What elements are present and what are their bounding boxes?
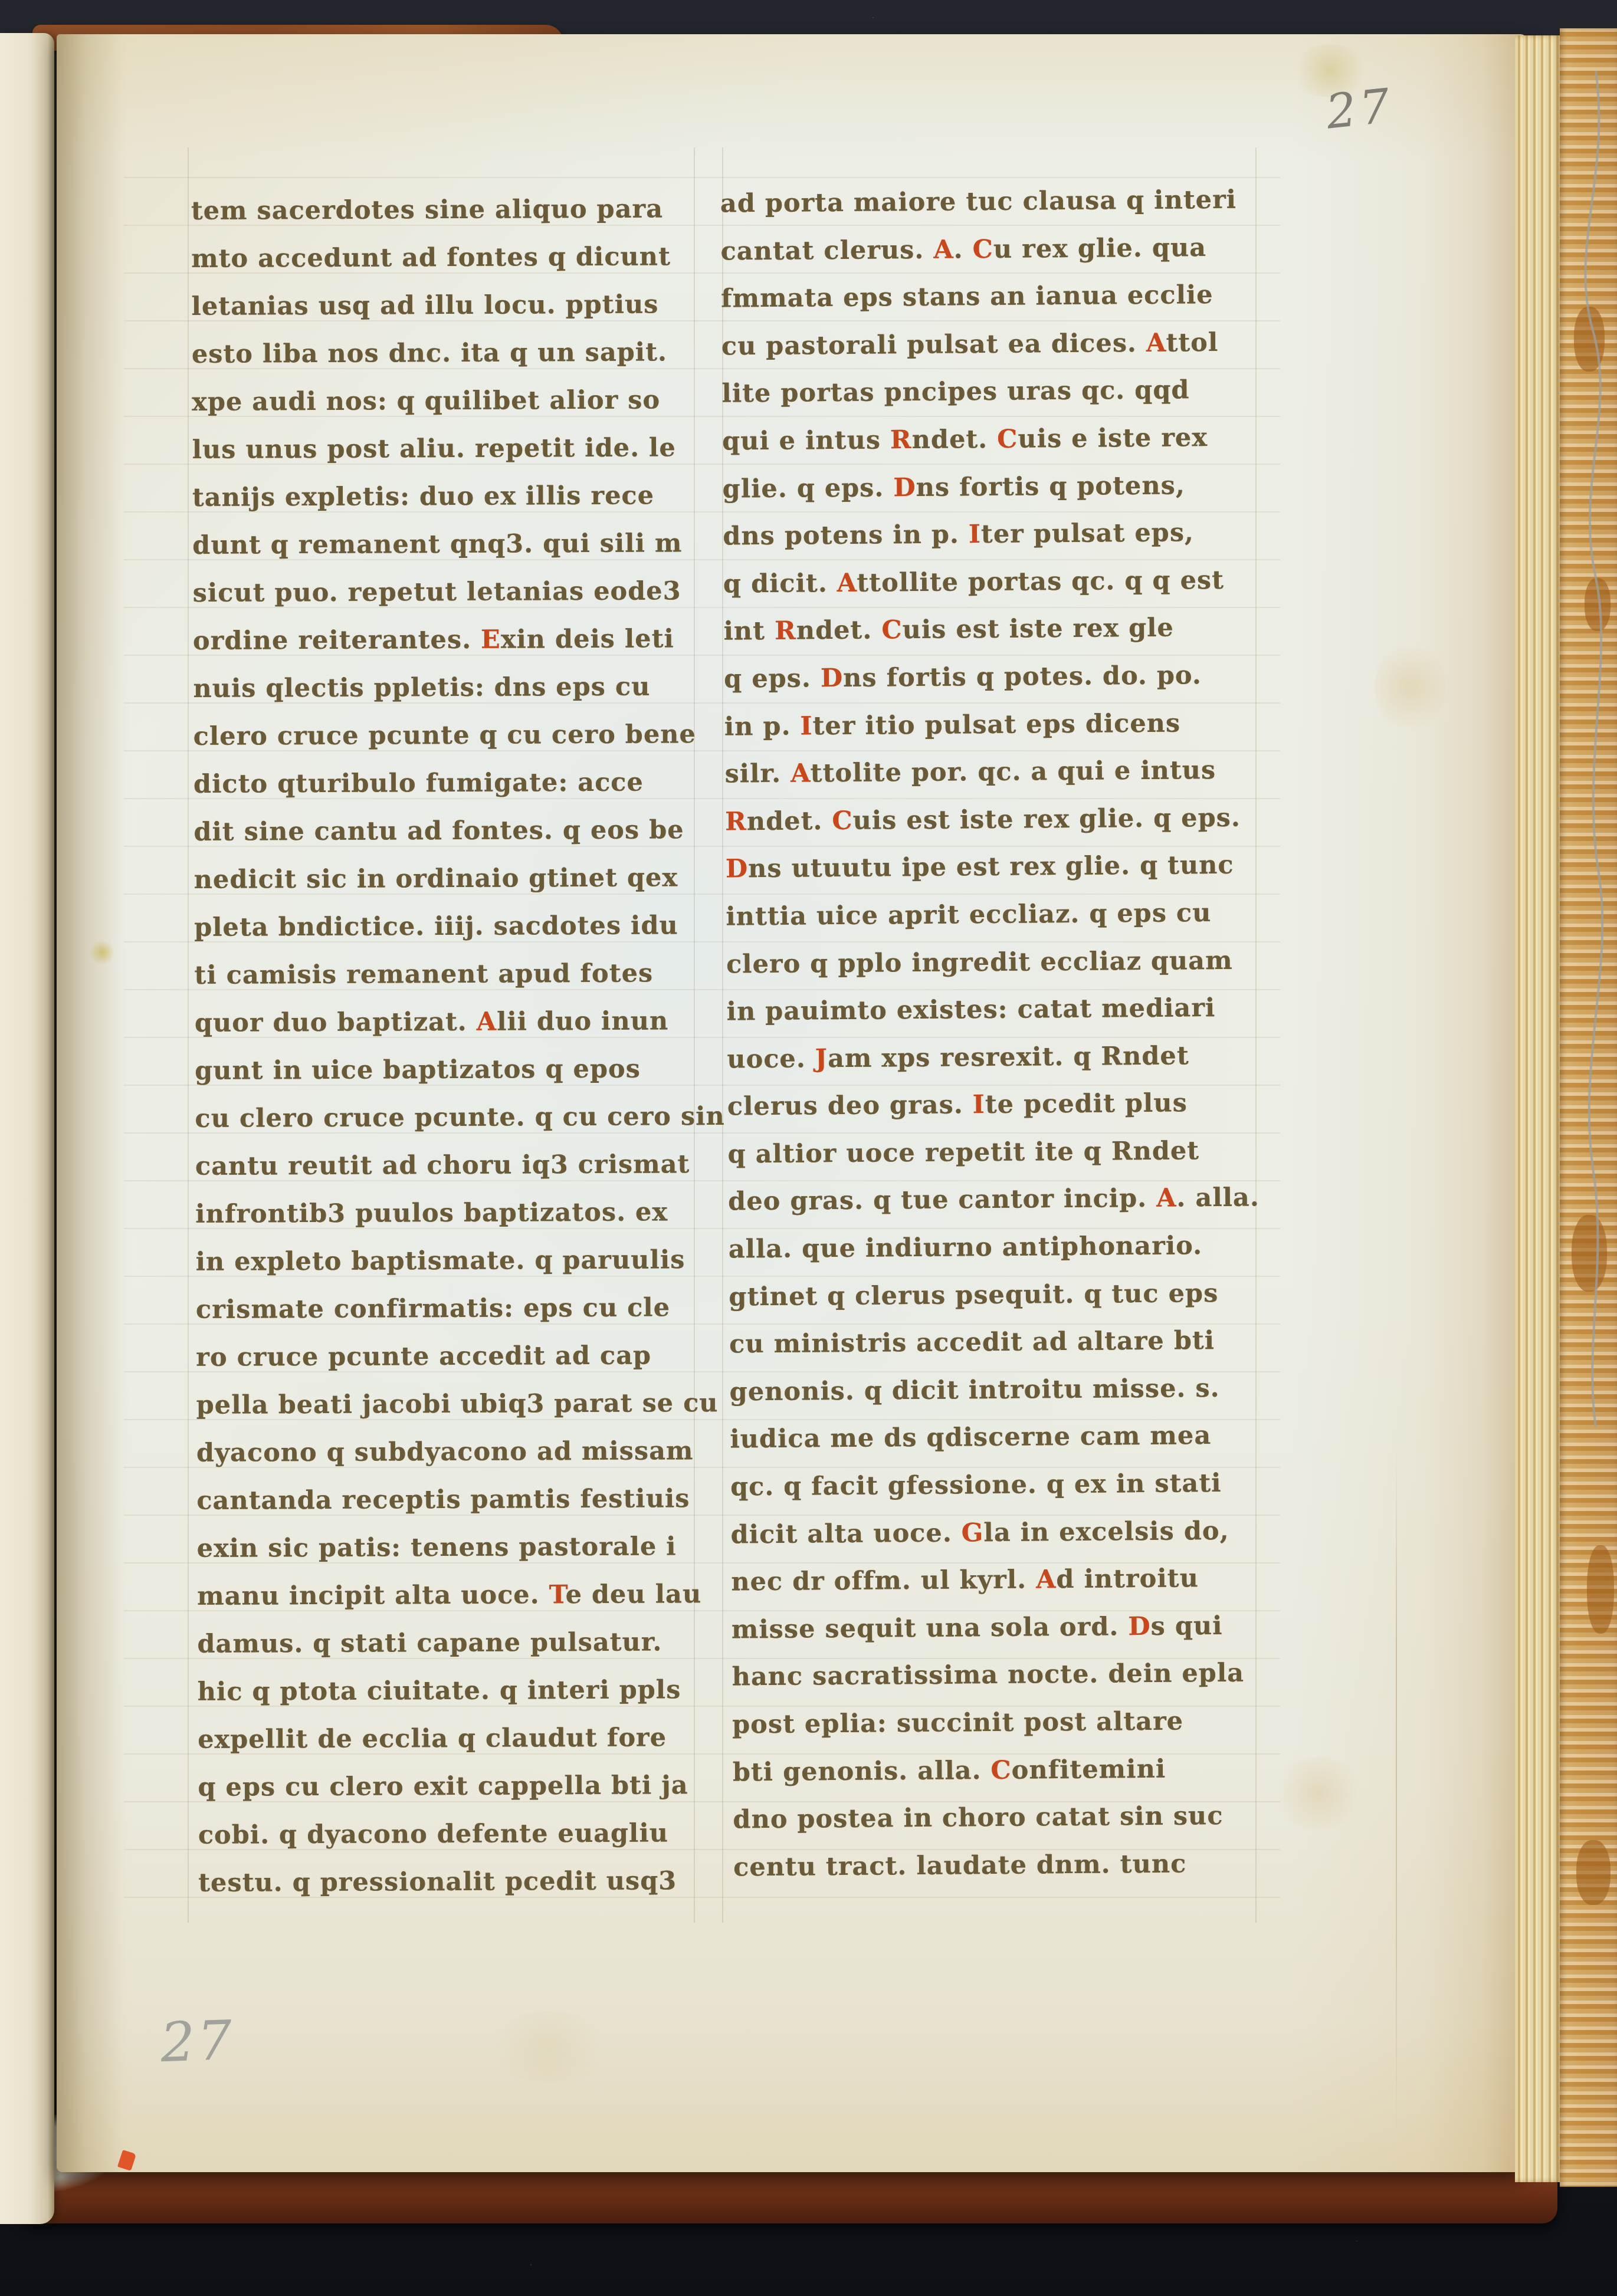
manuscript-line: nuis qlectis ppletis: dns eps cu xyxy=(193,663,700,713)
rubric-initial: D xyxy=(893,473,916,502)
manuscript-line: expellit de ecclia q claudut fore xyxy=(198,1714,705,1764)
manuscript-line: ordine reiterantes. Exin deis leti xyxy=(193,615,700,665)
manuscript-line: hanc sacratissima nocte. dein epla xyxy=(732,1650,1263,1702)
manuscript-line: in expleto baptismate. q paruulis xyxy=(195,1236,703,1286)
manuscript-line: q eps cu clero exit cappella bti ja xyxy=(198,1762,705,1812)
manuscript-line: glie. q eps. Dns fortis q potens, xyxy=(722,461,1254,513)
manuscript-line: ad porta maiore tuc clausa q interi xyxy=(720,176,1252,228)
manuscript-line: mto accedunt ad fontes q dicunt xyxy=(191,233,698,283)
manuscript-line: cantanda receptis pamtis festiuis xyxy=(196,1475,704,1525)
manuscript-line: clero cruce pcunte q cu cero bene xyxy=(193,711,701,761)
parchment-crease xyxy=(1396,1445,1397,2141)
manuscript-line: deo gras. q tue cantor incip. A. alla. xyxy=(728,1174,1260,1226)
manuscript-line: testu. q pressionalit pcedit usq3 xyxy=(198,1857,706,1907)
manuscript-line: in pauimto existes: catat mediari xyxy=(726,984,1258,1036)
rubric-initial: J xyxy=(815,1044,828,1073)
manuscript-line: dyacono q subdyacono ad missam xyxy=(196,1427,704,1477)
manuscript-line: esto liba nos dnc. ita q un sapit. xyxy=(192,329,699,379)
manuscript-line: Rndet. Cuis est iste rex glie. q eps. xyxy=(725,794,1257,846)
column-rule-left-outer xyxy=(188,147,189,1923)
manuscript-line: tanijs expletis: duo ex illis rece xyxy=(192,472,700,522)
manuscript-line: centu tract. laudate dnm. tunc xyxy=(733,1840,1265,1891)
rubric-initial: R xyxy=(775,616,796,646)
manuscript-line: clerus deo gras. Ite pcedit plus xyxy=(727,1079,1259,1131)
manuscript-line: exin sic patis: tenens pastorale i xyxy=(197,1523,704,1573)
manuscript-photo: 27 27 tem sacerdotes sine aliquo paramto… xyxy=(0,0,1617,2296)
manuscript-line: ro cruce pcunte accedit ad cap xyxy=(196,1332,703,1382)
fore-edge-wear-patch xyxy=(1574,307,1605,372)
rubric-initial: A xyxy=(837,569,857,598)
manuscript-line: tem sacerdotes sine aliquo para xyxy=(191,185,698,235)
manuscript-line: cu pastorali pulsat ea dices. Attol xyxy=(721,318,1253,370)
manuscript-line: post eplia: succinit post altare xyxy=(732,1697,1264,1749)
text-column-right: ad porta maiore tuc clausa q intericanta… xyxy=(720,176,1265,1891)
manuscript-line: genonis. q dicit introitu misse. s. xyxy=(729,1364,1261,1416)
manuscript-line: cantu reutit ad choru iq3 crismat xyxy=(195,1141,703,1191)
leather-binding-bottom-edge xyxy=(24,2169,1557,2223)
page-block-edges xyxy=(1515,35,1561,2182)
fore-edge-wear-patch xyxy=(1572,1215,1607,1292)
text-column-left: tem sacerdotes sine aliquo paramto acced… xyxy=(191,185,706,1907)
manuscript-line: nec dr offm. ul kyrl. Ad introitu xyxy=(731,1555,1262,1607)
parchment-stain xyxy=(1268,1758,1369,1828)
manuscript-line: bti genonis. alla. Confitemini xyxy=(733,1745,1264,1796)
rubric-initial: C xyxy=(990,1755,1012,1785)
manuscript-line: Dns utuutu ipe est rex glie. q tunc xyxy=(725,842,1257,894)
manuscript-line: int Rndet. Cuis est iste rex gle xyxy=(723,604,1255,656)
fore-edge-wear-patch xyxy=(1587,1545,1614,1634)
rubric-initial: R xyxy=(725,807,747,836)
rubric-initial: R xyxy=(890,425,912,455)
manuscript-line: manu incipit alta uoce. Te deu lau xyxy=(197,1571,704,1621)
manuscript-line: misse sequit una sola ord. Ds qui xyxy=(732,1602,1263,1654)
manuscript-line: cu clero cruce pcunte. q cu cero sin xyxy=(195,1093,702,1143)
manuscript-line: q dicit. Attollite portas qc. q q est xyxy=(723,556,1255,608)
rubric-initial: A xyxy=(1036,1565,1057,1594)
rubric-initial: A xyxy=(1156,1184,1177,1213)
rubric-initial: C xyxy=(997,425,1018,454)
manuscript-line: fmmata eps stans an ianua ecclie xyxy=(721,271,1252,323)
previous-leaf-edge xyxy=(0,33,54,2224)
manuscript-line: qui e intus Rndet. Cuis e iste rex xyxy=(722,413,1254,465)
manuscript-line: letanias usq ad illu locu. pptius xyxy=(191,281,698,331)
rubric-initial: C xyxy=(881,616,903,645)
fore-edge-wear-patch xyxy=(1576,1840,1611,1905)
rubric-initial: E xyxy=(481,625,501,655)
manuscript-line: pleta bndictice. iiij. sacdotes idu xyxy=(194,902,701,952)
rubric-initial: A xyxy=(933,235,954,264)
manuscript-line: dno postea in choro catat sin suc xyxy=(733,1792,1264,1844)
manuscript-line: gunt in uice baptizatos q epos xyxy=(195,1045,702,1095)
parchment-stain xyxy=(88,941,116,964)
parchment-stain xyxy=(484,2011,614,2082)
gutter-shadow xyxy=(57,34,122,2172)
manuscript-line: sicut puo. repetut letanias eode3 xyxy=(192,567,700,617)
manuscript-line: infrontib3 puulos baptizatos. ex xyxy=(195,1188,703,1239)
rubric-initial: I xyxy=(973,1090,986,1119)
manuscript-line: q eps. Dns fortis q potes. do. po. xyxy=(724,651,1255,703)
rubric-initial: A xyxy=(477,1007,497,1037)
rubric-initial: C xyxy=(832,806,853,836)
rubric-initial: I xyxy=(969,520,982,549)
manuscript-line: hic q ptota ciuitate. q interi ppls xyxy=(198,1666,705,1716)
rubric-initial: T xyxy=(549,1580,565,1610)
rubric-initial: D xyxy=(726,855,749,884)
manuscript-line: alla. que indiurno antiphonario. xyxy=(729,1222,1260,1274)
manuscript-line: lus unus post aliu. repetit ide. le xyxy=(192,424,699,474)
folio-number-bottom-left: 27 xyxy=(159,2009,235,2074)
rubric-initial: I xyxy=(800,711,813,741)
manuscript-line: ti camisis remanent apud fotes xyxy=(194,950,701,1000)
manuscript-line: pella beati jacobi ubiq3 parat se cu xyxy=(196,1379,703,1430)
parchment-stain xyxy=(1375,637,1445,737)
manuscript-line: cu ministris accedit ad altare bti xyxy=(729,1317,1261,1369)
rubric-initial: A xyxy=(1146,328,1166,357)
manuscript-line: lite portas pncipes uras qc. qqd xyxy=(721,366,1253,418)
folio-number-top-right: 27 xyxy=(1323,78,1396,139)
manuscript-line: iudica me ds qdiscerne cam mea xyxy=(730,1412,1261,1464)
manuscript-line: xpe audi nos: q quilibet alior so xyxy=(192,376,699,426)
manuscript-line: clero q pplo ingredit eccliaz quam xyxy=(726,937,1258,988)
rubric-initial: A xyxy=(791,759,811,789)
manuscript-line: dns potens in p. Iter pulsat eps, xyxy=(723,509,1254,561)
manuscript-line: q altior uoce repetit ite q Rndet xyxy=(727,1126,1259,1178)
manuscript-line: dit sine cantu ad fontes. q eos be xyxy=(193,806,701,856)
manuscript-line: inttia uice aprit eccliaz. q eps cu xyxy=(726,889,1257,941)
fore-edge-wear-patch xyxy=(1585,578,1611,631)
manuscript-line: dunt q remanent qnq3. qui sili m xyxy=(192,520,700,570)
manuscript-line: dicto qturibulo fumigate: acce xyxy=(193,758,701,809)
manuscript-line: crismate confirmatis: eps cu cle xyxy=(196,1284,703,1334)
manuscript-line: nedicit sic in ordinaio gtinet qex xyxy=(194,854,701,904)
manuscript-line: damus. q stati capane pulsatur. xyxy=(197,1618,704,1668)
rubric-initial: C xyxy=(972,235,993,264)
manuscript-line: in p. Iter itio pulsat eps dicens xyxy=(724,699,1256,751)
rubric-initial: G xyxy=(962,1518,984,1548)
manuscript-line: cobi. q dyacono defente euagliu xyxy=(198,1809,706,1860)
manuscript-line: cantat clerus. A. Cu rex glie. qua xyxy=(720,224,1252,275)
manuscript-line: quor duo baptizat. Alii duo inun xyxy=(195,997,702,1047)
manuscript-line: gtinet q clerus psequit. q tuc eps xyxy=(729,1269,1260,1321)
rubric-initial: D xyxy=(1128,1612,1151,1641)
rubric-initial: D xyxy=(821,663,844,693)
manuscript-line: silr. Attolite por. qc. a qui e intus xyxy=(724,747,1256,799)
manuscript-line: dicit alta uoce. Gla in excelsis do, xyxy=(730,1507,1262,1559)
manuscript-line: uoce. Jam xps resrexit. q Rndet xyxy=(727,1032,1258,1083)
manuscript-line: qc. q facit gfessione. q ex in stati xyxy=(730,1459,1262,1511)
